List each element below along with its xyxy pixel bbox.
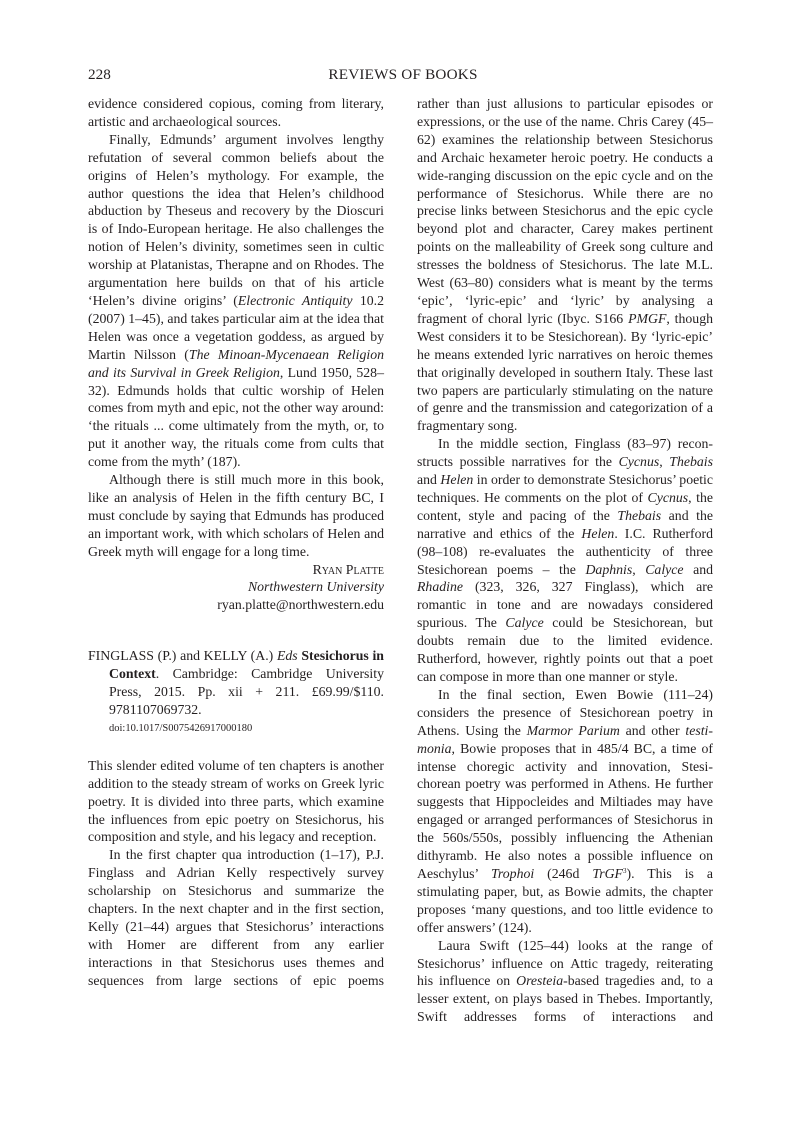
paragraph: In the first chapter qua introduction (1… bbox=[88, 846, 384, 989]
paragraph: evidence considered copious, coming from… bbox=[88, 95, 384, 131]
paragraph: In the middle section, Finglass (83–97) … bbox=[417, 435, 713, 686]
paragraph: rather than just allusions to particular… bbox=[417, 95, 713, 435]
reviewer-affiliation: Northwestern University bbox=[88, 578, 384, 596]
running-title: REVIEWS OF BOOKS bbox=[88, 66, 718, 84]
journal-title: Electronic Antiquity bbox=[238, 293, 353, 308]
reviewer-signature: Ryan Platte Northwestern University ryan… bbox=[88, 561, 384, 615]
paragraph: This slender edited volume of ten chapte… bbox=[88, 757, 384, 847]
doi-link[interactable]: doi:10.1017/S0075426917000180 bbox=[109, 720, 384, 738]
right-column: rather than just allusions to particular… bbox=[417, 95, 713, 1026]
page: 228 REVIEWS OF BOOKS bbox=[88, 66, 718, 88]
running-head: 228 REVIEWS OF BOOKS bbox=[88, 66, 718, 88]
paragraph: Laura Swift (125–44) looks at the range … bbox=[417, 937, 713, 1027]
review-heading: FINGLASS (P.) and KELLY (A.) Eds Stesich… bbox=[88, 647, 384, 738]
reviewer-name: Ryan Platte bbox=[88, 561, 384, 579]
paragraph: In the final section, Ewen Bowie (111–24… bbox=[417, 686, 713, 937]
left-column: evidence considered copious, coming from… bbox=[88, 95, 384, 990]
paragraph: Finally, Edmunds’ argument involves leng… bbox=[88, 131, 384, 471]
paragraph: Although there is still much more in thi… bbox=[88, 471, 384, 561]
reviewer-email[interactable]: ryan.platte@northwestern.edu bbox=[88, 596, 384, 614]
